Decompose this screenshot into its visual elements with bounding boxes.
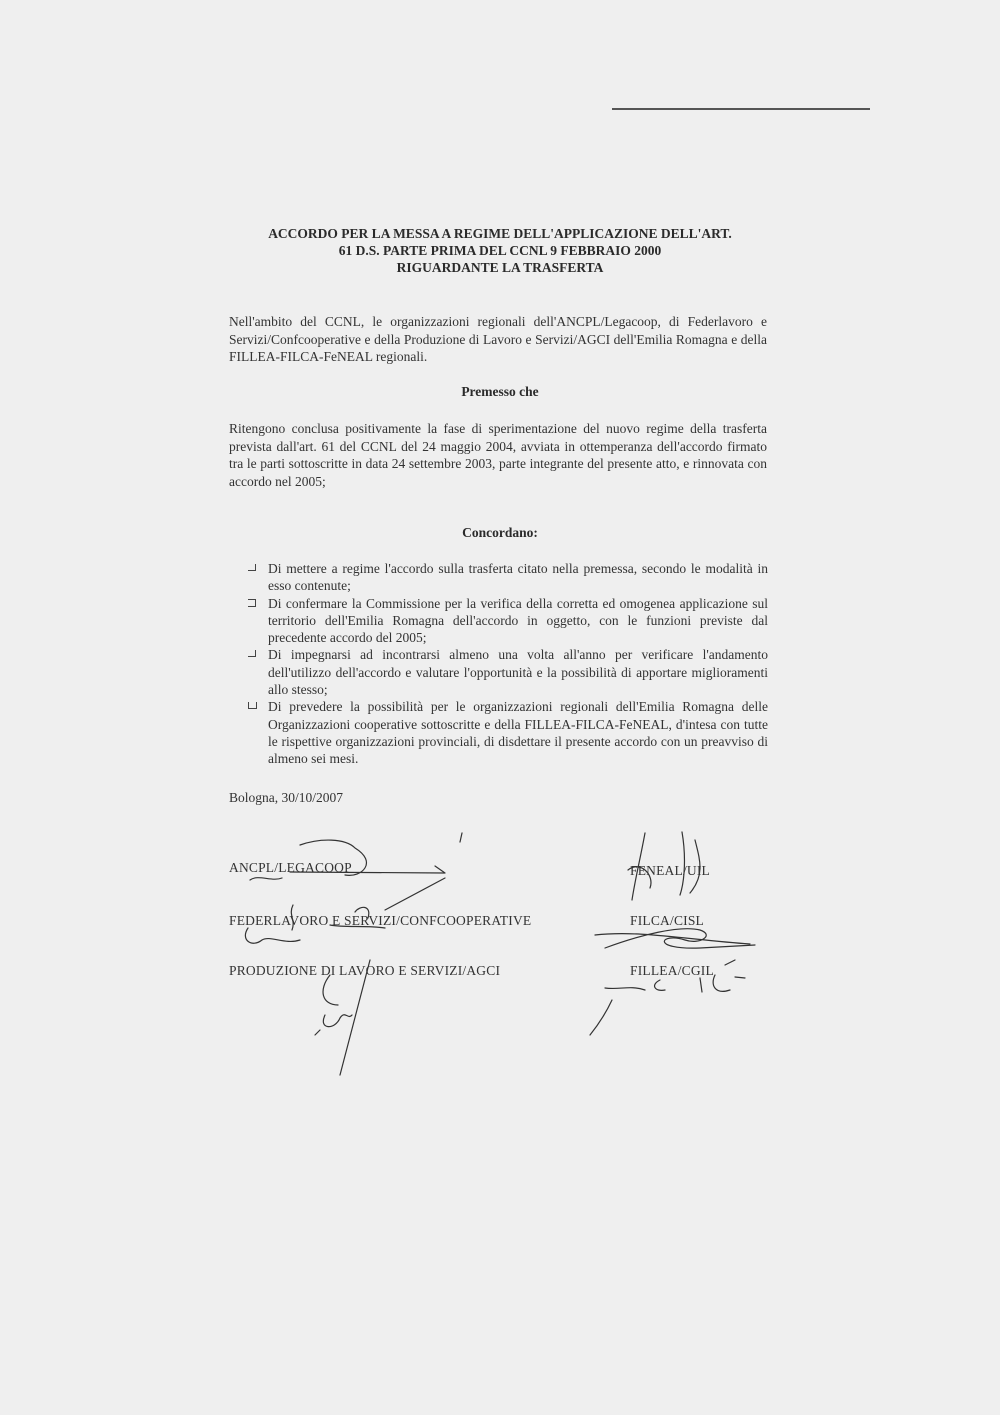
- list-item: Di confermare la Commissione per la veri…: [248, 595, 768, 647]
- signatory-federlavoro: FEDERLAVORO E SERVIZI/CONFCOOPERATIVE: [229, 913, 531, 929]
- premesso-heading: Premesso che: [220, 384, 780, 400]
- header-rule: [612, 108, 870, 110]
- signatory-feneal-uil: FENEAL/UIL: [630, 863, 710, 879]
- signature-ancpl-stroke: [385, 878, 445, 910]
- checkbox-bullet-icon: [248, 564, 256, 571]
- checkbox-bullet-icon: [248, 702, 257, 709]
- list-item-text: Di confermare la Commissione per la veri…: [268, 596, 768, 646]
- document-title: ACCORDO PER LA MESSA A REGIME DELL'APPLI…: [220, 225, 780, 276]
- list-item: Di prevedere la possibilità per le organ…: [248, 698, 768, 767]
- premesso-paragraph: Ritengono conclusa positivamente la fase…: [229, 420, 767, 490]
- list-item: Di impegnarsi ad incontrarsi almeno una …: [248, 646, 768, 698]
- list-item: Di mettere a regime l'accordo sulla tras…: [248, 560, 768, 595]
- intro-paragraph: Nell'ambito del CCNL, le organizzazioni …: [229, 313, 767, 366]
- list-item-text: Di impegnarsi ad incontrarsi almeno una …: [268, 647, 768, 697]
- title-line: 61 D.S. PARTE PRIMA DEL CCNL 9 FEBBRAIO …: [220, 242, 780, 259]
- concordano-list: Di mettere a regime l'accordo sulla tras…: [248, 560, 768, 768]
- signatory-agci: PRODUZIONE DI LAVORO E SERVIZI/AGCI: [229, 963, 500, 979]
- list-item-text: Di prevedere la possibilità per le organ…: [268, 699, 768, 766]
- list-item-text: Di mettere a regime l'accordo sulla tras…: [268, 561, 768, 593]
- concordano-heading: Concordano:: [220, 525, 780, 541]
- checkbox-bullet-icon: [248, 599, 256, 607]
- signatory-fillea-cgil: FILLEA/CGIL: [630, 963, 714, 979]
- signature-filca: [595, 929, 755, 948]
- checkbox-bullet-icon: [248, 650, 256, 657]
- signatory-ancpl-legacoop: ANCPL/LEGACOOP: [229, 860, 352, 876]
- place-date: Bologna, 30/10/2007: [229, 790, 343, 806]
- title-line: ACCORDO PER LA MESSA A REGIME DELL'APPLI…: [220, 225, 780, 242]
- signatory-filca-cisl: FILCA/CISL: [630, 913, 704, 929]
- title-line: RIGUARDANTE LA TRASFERTA: [220, 259, 780, 276]
